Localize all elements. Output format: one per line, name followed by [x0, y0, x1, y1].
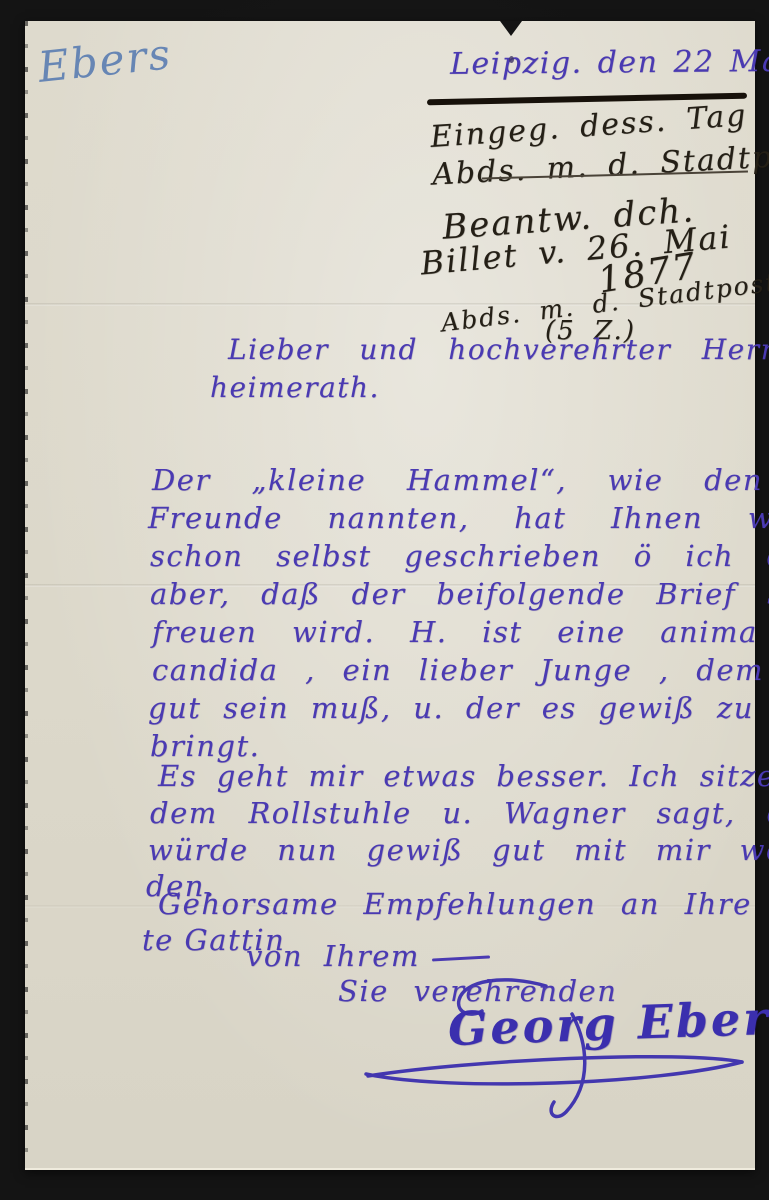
closing-line: von Ihrem: [246, 942, 420, 971]
closing-line: Gehorsame Empfehlungen an Ihre verehr,: [158, 890, 769, 919]
body-line: bringt.: [150, 732, 260, 761]
body-line: schon selbst geschrieben ö ich denke: [150, 542, 769, 571]
body-line: dem Rollstuhle u. Wagner sagt, es: [150, 799, 769, 828]
body-line: Der „kleine Hammel“, wie den seine: [152, 466, 769, 495]
ink-dot: [509, 56, 514, 63]
deckle-edge: [24, 21, 28, 1168]
body-line: candida , ein lieber Junge , dem man: [152, 656, 769, 685]
body-line: würde nun gewiß gut mit mir wer-: [148, 836, 769, 865]
signature: Georg Ebers: [447, 994, 769, 1052]
salutation-line: heimerath.: [210, 374, 380, 402]
body-line: aber, daß der beifolgende Brief Sie: [150, 580, 769, 609]
body-line: Es geht mir etwas besser. Ich sitze auf: [158, 762, 769, 791]
tear-notch: [500, 21, 522, 36]
salutation-line: Lieber und hochverehrter Herr Ge-: [228, 336, 769, 364]
scanned-letter-page: Ebers Leipzig. den 22 May. 77. Eingeg. d…: [0, 0, 769, 1200]
body-line: gut sein muß, u. der es gewiß zu etwas: [148, 694, 769, 723]
date-line: Leipzig. den 22 May. 77.: [450, 46, 769, 80]
body-line: freuen wird. H. ist eine anima: [152, 618, 758, 647]
body-line: Freunde nannten, hat Ihnen wohl: [148, 504, 769, 533]
